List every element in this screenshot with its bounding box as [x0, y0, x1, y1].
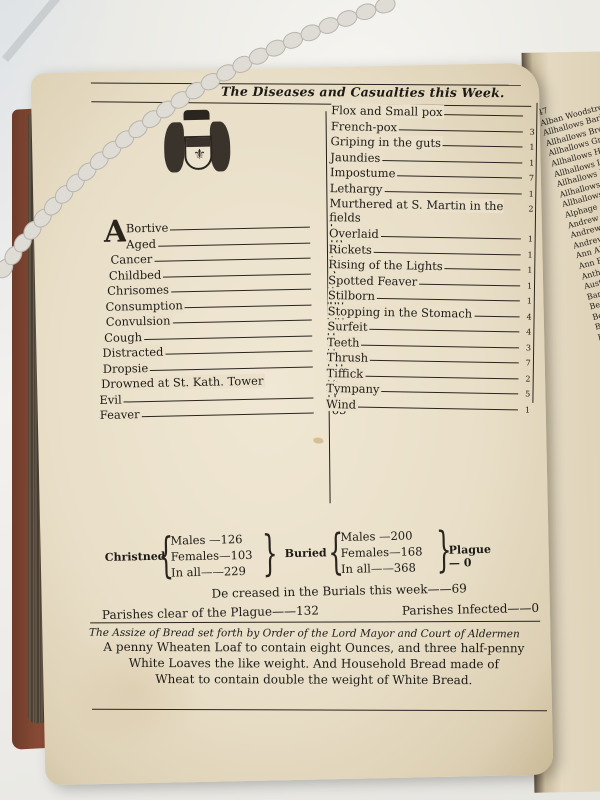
christned-males: Males —126 [170, 531, 252, 549]
disease-name: Teeth [327, 335, 362, 350]
diseases-list-right: Flox and Small pox French-pox3 Griping i… [326, 103, 531, 415]
buried-females: Females—168 [341, 543, 423, 561]
disease-name: Rising of the Lights [328, 257, 445, 273]
disease-name: Cancer [110, 252, 154, 267]
disease-name: Griping in the guts [331, 134, 444, 150]
page-title: The Diseases and Casualties this Week. [221, 84, 505, 100]
disease-name: Thrush [327, 350, 371, 365]
assize-line: White Loaves the like weight. And Househ… [89, 655, 539, 673]
disease-name: Feaver [100, 407, 142, 422]
disease-name: Chrisomes [107, 283, 171, 298]
disease-count: 2 [528, 202, 533, 217]
disease-name: Murthered at S. Martin in the fields [329, 196, 503, 225]
disease-name: Convulsion [106, 313, 173, 328]
coat-of-arms-icon: ⚜ [161, 109, 232, 180]
assize-rule [92, 709, 547, 712]
buried-label: Buried [285, 546, 327, 560]
christned-label: Christned [105, 550, 166, 564]
disease-name: Cough [104, 330, 144, 345]
fleur-de-lis-icon: ⚜ [193, 148, 206, 162]
buried-males: Males —200 [340, 527, 422, 545]
disease-name: Consumption [105, 298, 185, 314]
arms-mantling-left [164, 122, 185, 172]
disease-row: Murthered at S. Martin in the fields2 [329, 196, 529, 229]
arms-mantling-right [210, 121, 231, 171]
arms-shield: ⚜ [184, 136, 213, 171]
assize-line: Wheat to contain double the weight of Wh… [89, 671, 539, 689]
disease-name: Surfeit [327, 319, 369, 334]
disease-name: Drowned at St. Kath. Tower [101, 374, 266, 391]
assize-line: A penny Wheaten Loaf to contain eight Ou… [89, 639, 539, 657]
assize-of-bread: The Assize of Bread set forth by Order o… [89, 627, 539, 689]
disease-name: Wind [326, 397, 358, 412]
disease-name: Dropsie [103, 360, 151, 375]
disease-name: Aged [126, 236, 158, 251]
disease-name: Stopping in the Stomach [328, 304, 475, 321]
disease-row: Wind1 [326, 397, 526, 416]
parishes-clear: Parishes clear of the Plague——132 [102, 603, 319, 622]
christned-total: In all——229 [171, 563, 253, 581]
summary-rule [90, 621, 540, 624]
disease-name: French-pox [331, 119, 399, 134]
disease-name: Flox and Small pox [331, 103, 445, 119]
arms-crest [183, 110, 209, 121]
disease-name: Impostume [330, 165, 398, 180]
christned-females: Females—103 [171, 547, 253, 565]
disease-name: Evil [99, 392, 124, 407]
disease-count: 1 [525, 402, 530, 417]
buried-total: In all——368 [341, 559, 423, 577]
brace-close: } [262, 528, 278, 578]
disease-name: Lethargy [330, 181, 385, 196]
buried-summary: Buried { Males —200 Females—168 In all——… [284, 530, 285, 580]
arms-shield-chief [186, 138, 210, 148]
disease-name: Tiffick [326, 366, 365, 381]
disease-name: Distracted [102, 345, 165, 360]
plague-count: Plague— 0 [449, 543, 492, 570]
christned-summary: Christned { Males —126 Females—103 In al… [104, 534, 105, 584]
disease-name: Rickets [329, 242, 374, 257]
disease-name: Overlaid [329, 226, 381, 241]
disease-name: Stilborn [328, 288, 377, 303]
parishes-infected: Parishes Infected——0 [402, 601, 539, 618]
bill-of-mortality-page: The Diseases and Casualties this Week. ⚜… [31, 63, 554, 785]
weekly-summary: Christned { Males —126 Females—103 In al… [100, 525, 540, 534]
paper-fold-mark [313, 437, 323, 443]
disease-name: Jaundies [330, 150, 382, 165]
disease-name: Childbed [109, 267, 164, 282]
burials-decreased: De creased in the Burials this week——69 [211, 581, 467, 600]
disease-name: Tympany [326, 381, 381, 396]
disease-name: Spotted Feaver [328, 273, 419, 289]
disease-name: Bortive [126, 221, 171, 236]
diseases-list-left: A Bortive 1 Aged 18 Cancer 1 Childbed 3 [96, 217, 332, 423]
